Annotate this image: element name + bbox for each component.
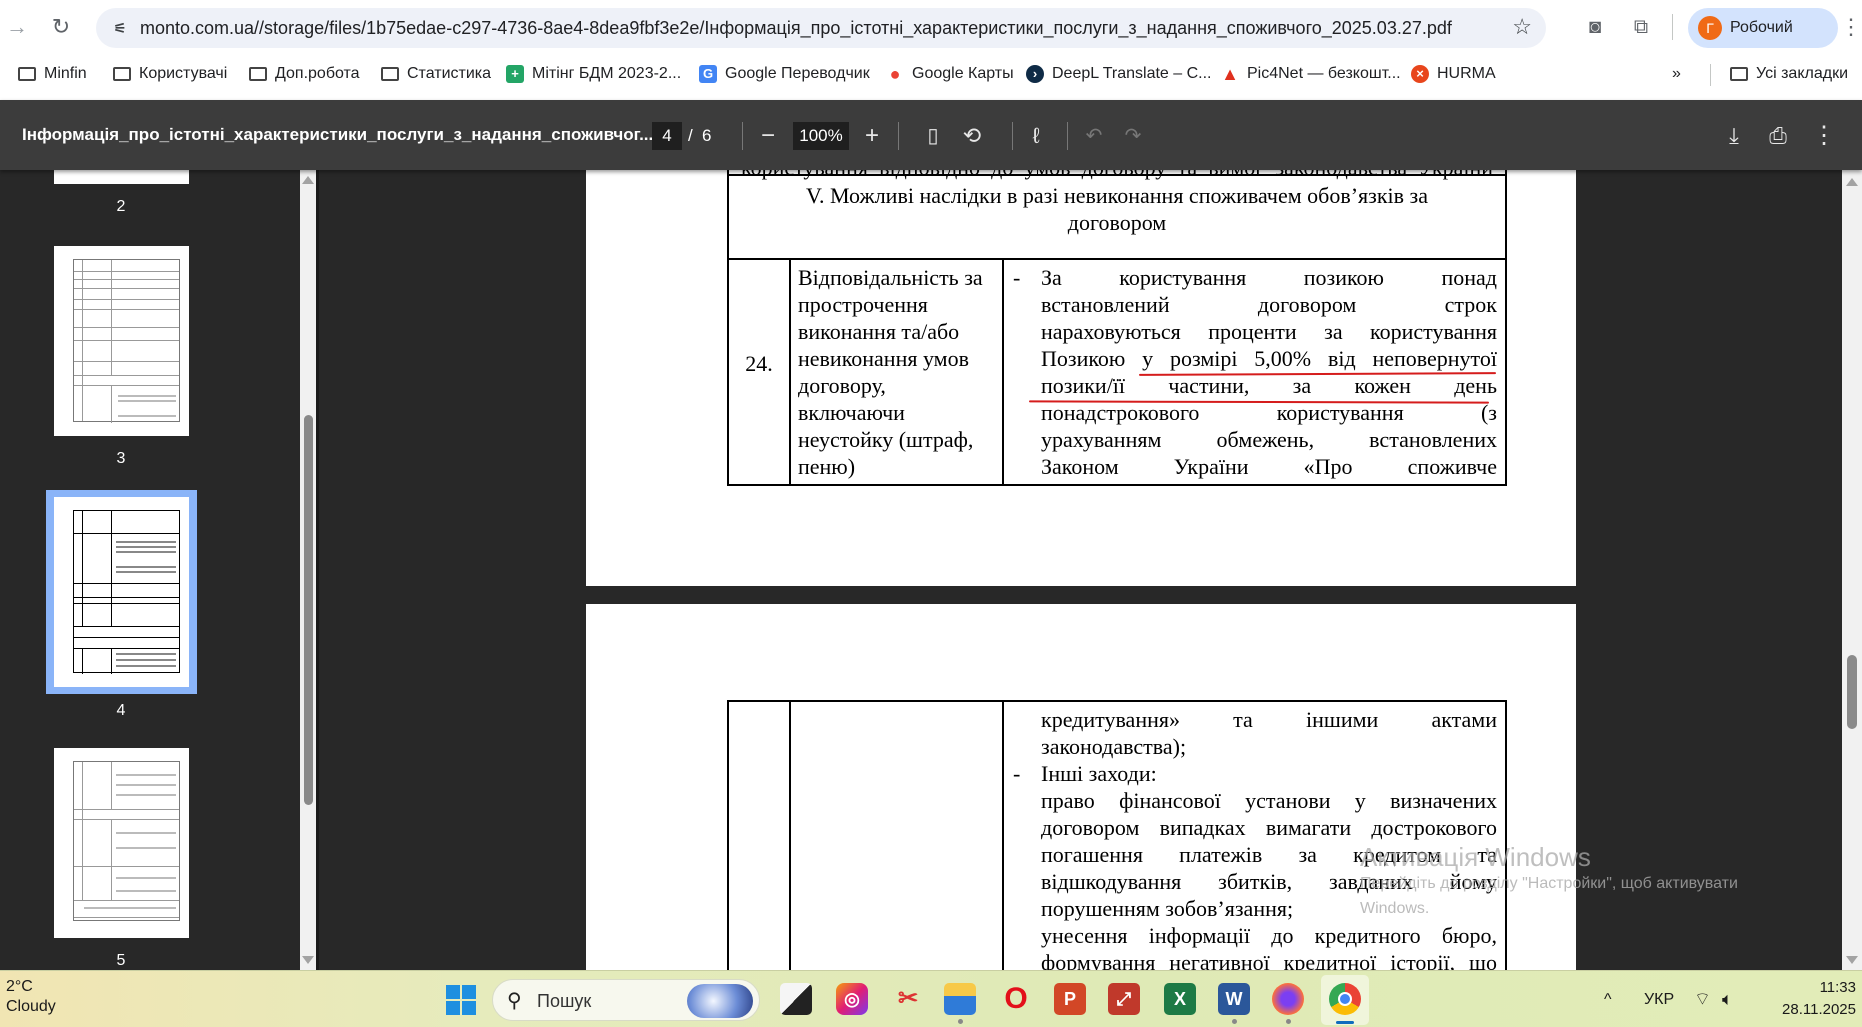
text-line: прострочення bbox=[798, 291, 998, 318]
bookmark-users[interactable]: Користувачі bbox=[113, 62, 227, 86]
tray-overflow-chevron[interactable]: ^ bbox=[1604, 971, 1612, 1027]
site-settings-icon[interactable]: ⚟ bbox=[108, 16, 132, 40]
sheets-plus-icon: + bbox=[506, 65, 524, 83]
sidebar-scrollbar[interactable] bbox=[300, 170, 316, 970]
bookmark-minfin[interactable]: Minfin bbox=[18, 62, 87, 86]
viewer-scrollbar[interactable] bbox=[1842, 170, 1862, 970]
running-indicator bbox=[1286, 1019, 1291, 1024]
scroll-down-icon[interactable] bbox=[302, 956, 314, 964]
download-icon[interactable]: ⤓ bbox=[1718, 120, 1750, 152]
powerpoint-icon[interactable]: P bbox=[1054, 983, 1086, 1015]
text-line: кредитування» та іншими актами bbox=[1041, 706, 1497, 733]
profile-name: Робочий bbox=[1730, 8, 1793, 48]
firefox-icon[interactable] bbox=[1272, 983, 1304, 1015]
running-indicator bbox=[1232, 1019, 1237, 1024]
text-line: виконання та/або bbox=[798, 318, 998, 345]
address-bar[interactable]: ⚟ monto.com.ua//storage/files/1b75edae-c… bbox=[96, 8, 1546, 48]
folder-icon bbox=[18, 67, 36, 81]
pdf-app-icon[interactable]: ⤢ bbox=[1108, 983, 1140, 1015]
toolbar-divider bbox=[1672, 14, 1673, 40]
thumbnail-page-2[interactable] bbox=[54, 170, 189, 184]
bookmark-label: Google Карты bbox=[912, 62, 1014, 86]
bookmark-google-translate[interactable]: G Google Переводчик bbox=[699, 62, 870, 86]
chrome-icon[interactable] bbox=[1329, 983, 1361, 1015]
folder-icon bbox=[1730, 67, 1748, 81]
pdf-viewer[interactable]: користування відповідно до умов договору… bbox=[319, 170, 1842, 970]
thumbnail-label: 3 bbox=[0, 450, 242, 468]
toolbar-divider bbox=[898, 122, 899, 150]
text-line: неустойку (штраф, bbox=[798, 426, 998, 453]
scroll-up-icon[interactable] bbox=[1846, 178, 1858, 186]
system-clock[interactable]: 11:33 28.11.2025 bbox=[1760, 977, 1856, 1021]
volume-icon[interactable]: 🔈︎ bbox=[1722, 971, 1733, 1027]
sidebar-scroll-thumb[interactable] bbox=[304, 415, 313, 805]
viewer-scroll-thumb[interactable] bbox=[1847, 655, 1857, 729]
file-explorer-icon[interactable] bbox=[944, 983, 976, 1015]
forward-icon[interactable]: → bbox=[2, 12, 32, 42]
text-line: урахуванням обмежень, встановлених bbox=[1041, 426, 1497, 453]
scroll-up-icon[interactable] bbox=[302, 176, 314, 184]
rotate-icon[interactable]: ⟲ bbox=[956, 120, 988, 152]
windows-taskbar: 2°C Cloudy ⚲ Пошук ◎ ✂ O P ⤢ X W ^ УКР ⌔… bbox=[0, 970, 1862, 1027]
thumbnail-content bbox=[73, 510, 180, 673]
thumbnail-page-5[interactable] bbox=[54, 748, 189, 938]
windows-activation-title: Активація Windows bbox=[1360, 842, 1591, 873]
thumbnail-content bbox=[73, 259, 180, 422]
page-number-input[interactable]: 4 bbox=[652, 122, 682, 150]
text-line: позики/її частини, за кожен день bbox=[1041, 372, 1497, 399]
word-icon[interactable]: W bbox=[1218, 983, 1250, 1015]
start-button[interactable] bbox=[446, 985, 476, 1015]
zoom-input[interactable]: 100% bbox=[793, 122, 849, 150]
text-line: За користування позикою понад bbox=[1041, 264, 1497, 291]
text-line: включаючи bbox=[798, 399, 998, 426]
weather-widget[interactable]: 2°C Cloudy bbox=[6, 977, 56, 1017]
pdf-toolbar: Інформація_про_істотні_характеристики_по… bbox=[0, 100, 1862, 170]
toolbar-divider bbox=[742, 122, 743, 150]
bookmarks-divider bbox=[1710, 64, 1711, 86]
fit-page-icon[interactable]: ▯ bbox=[917, 120, 949, 152]
page-separator: / bbox=[688, 122, 693, 150]
thumbnail-content bbox=[73, 761, 180, 921]
profile-button[interactable]: Г Робочий bbox=[1688, 8, 1838, 48]
text-line: пеню) bbox=[798, 453, 998, 480]
search-highlight-image bbox=[687, 984, 753, 1018]
text-line: договором випадках вимагати дострокового bbox=[1041, 814, 1497, 841]
google-translate-icon: G bbox=[699, 65, 717, 83]
url-text[interactable]: monto.com.ua//storage/files/1b75edae-c29… bbox=[140, 8, 1452, 48]
search-placeholder: Пошук bbox=[537, 980, 591, 1022]
bookmark-deepl[interactable]: › DeepL Translate – C... bbox=[1026, 62, 1212, 86]
bullet: - bbox=[1013, 264, 1033, 291]
zoom-out-button[interactable]: − bbox=[752, 120, 784, 152]
clock-time: 11:33 bbox=[1760, 977, 1856, 999]
draw-annotation-icon[interactable]: ℓ bbox=[1020, 120, 1052, 152]
bookmark-google-maps[interactable]: ● Google Карты bbox=[886, 62, 1014, 86]
browser-chrome: → ↻ ⚟ monto.com.ua//storage/files/1b75ed… bbox=[0, 0, 1862, 100]
extensions-icon[interactable]: ⧉ bbox=[1628, 14, 1654, 40]
opera-icon[interactable]: O bbox=[1000, 983, 1032, 1015]
google-maps-icon: ● bbox=[886, 65, 904, 83]
text-line: Позикою у розмірі 5,00% від неповернутої bbox=[1041, 345, 1497, 372]
page-total: 6 bbox=[702, 122, 711, 150]
row-title: Відповідальність запростроченнявиконання… bbox=[798, 264, 998, 480]
consequences-table: користування відповідно до умов договору… bbox=[727, 170, 1507, 486]
windows-activation-text-2: Windows. bbox=[1360, 900, 1429, 918]
running-indicator bbox=[958, 1019, 963, 1024]
pdf-page-4: користування відповідно до умов договору… bbox=[586, 170, 1576, 586]
folder-icon bbox=[249, 67, 267, 81]
toolbar-divider bbox=[1067, 122, 1068, 150]
task-view-icon[interactable] bbox=[780, 983, 812, 1015]
clock-date: 28.11.2025 bbox=[1760, 999, 1856, 1021]
excel-icon[interactable]: X bbox=[1164, 983, 1196, 1015]
zoom-in-button[interactable]: + bbox=[856, 120, 888, 152]
bookmark-label: DeepL Translate – C... bbox=[1052, 62, 1212, 86]
bookmark-statistics[interactable]: Статистика bbox=[381, 62, 491, 86]
text-line: договору, bbox=[798, 372, 998, 399]
bookmark-label: Усі закладки bbox=[1756, 62, 1848, 86]
bookmark-label: Pic4Net — безкошт... bbox=[1247, 62, 1401, 86]
text-line: Відповідальність за bbox=[798, 264, 998, 291]
hurma-icon: × bbox=[1411, 65, 1429, 83]
text-line: формування негативної кредитної історії,… bbox=[1041, 949, 1497, 970]
active-indicator bbox=[1336, 1021, 1354, 1024]
bookmark-label: Статистика bbox=[407, 62, 491, 86]
navigation-bar: → ↻ ⚟ monto.com.ua//storage/files/1b75ed… bbox=[0, 0, 1862, 54]
folder-icon bbox=[113, 67, 131, 81]
bookmark-pic4net[interactable]: ▲ Pic4Net — безкошт... bbox=[1221, 62, 1401, 86]
all-bookmarks-button[interactable]: Усі закладки bbox=[1730, 62, 1848, 86]
bookmarks-bar: Minfin Користувачі Доп.робота Статистика… bbox=[0, 54, 1862, 94]
print-icon[interactable]: ⎙ bbox=[1762, 120, 1794, 152]
more-options-icon[interactable]: ⋮ bbox=[1808, 120, 1840, 152]
text-line: право фінансової установи у визначених bbox=[1041, 787, 1497, 814]
folder-icon bbox=[381, 67, 399, 81]
wifi-icon[interactable]: ⌔ bbox=[1694, 971, 1711, 1027]
pic4net-icon: ▲ bbox=[1221, 65, 1239, 83]
bookmark-extra-work[interactable]: Доп.робота bbox=[249, 62, 360, 86]
temperature: 2°C bbox=[6, 977, 56, 997]
text-line: нараховуються проценти за користування bbox=[1041, 318, 1497, 345]
section-heading: V. Можливі наслідки в разі невиконання с… bbox=[729, 182, 1505, 236]
deepl-icon: › bbox=[1026, 65, 1044, 83]
text-line: встановлений договором строк bbox=[1041, 291, 1497, 318]
toolbar-divider bbox=[1012, 122, 1013, 150]
scroll-down-icon[interactable] bbox=[1846, 956, 1858, 964]
bookmark-label: Мітінг БДМ 2023-2... bbox=[532, 62, 681, 86]
thumbnail-page-4[interactable] bbox=[54, 497, 189, 687]
redo-icon[interactable]: ↷ bbox=[1117, 120, 1149, 152]
thumbnail-sidebar: 2 3 bbox=[0, 170, 300, 970]
weather-condition: Cloudy bbox=[6, 997, 56, 1017]
thumbnail-page-3[interactable] bbox=[54, 246, 189, 436]
avatar: Г bbox=[1698, 16, 1722, 40]
browser-menu-icon[interactable]: ⋮ bbox=[1840, 12, 1856, 42]
text-line: законодавства); bbox=[1041, 733, 1497, 760]
text-line: невиконання умов bbox=[798, 345, 998, 372]
document-title: Інформація_про_істотні_характеристики_по… bbox=[22, 100, 653, 170]
row-number: 24. bbox=[729, 350, 789, 377]
bookmark-hurma[interactable]: × HURMA bbox=[1411, 62, 1496, 86]
bookmark-star-icon[interactable]: ☆ bbox=[1512, 14, 1532, 40]
thumbnail-label: 2 bbox=[0, 198, 242, 216]
thumbnail-label: 4 bbox=[0, 702, 242, 720]
text-line: Законом України «Про споживче bbox=[1041, 453, 1497, 480]
language-indicator[interactable]: УКР bbox=[1644, 971, 1674, 1027]
undo-icon[interactable]: ↶ bbox=[1078, 120, 1110, 152]
bookmark-label: Google Переводчик bbox=[725, 62, 870, 86]
search-icon: ⚲ bbox=[507, 988, 522, 1013]
snipping-tool-icon[interactable]: ✂ bbox=[892, 983, 924, 1015]
creative-cloud-icon[interactable]: ◎ bbox=[836, 983, 868, 1015]
text-line: унесення інформації до кредитного бюро, bbox=[1041, 922, 1497, 949]
windows-activation-text: Перейдіть до розділу "Настройки", щоб ак… bbox=[1360, 875, 1738, 893]
text-line: Інші заходи: bbox=[1041, 760, 1497, 787]
reload-icon[interactable]: ↻ bbox=[46, 12, 76, 42]
bookmark-label: Доп.робота bbox=[275, 62, 360, 86]
taskbar-search[interactable]: ⚲ Пошук bbox=[492, 979, 760, 1021]
bookmark-label: Minfin bbox=[44, 62, 87, 86]
thumbnail-label: 5 bbox=[0, 952, 242, 970]
bookmark-label: HURMA bbox=[1437, 62, 1496, 86]
consequences-table-continued: - кредитування» та іншими актамизаконода… bbox=[727, 700, 1507, 970]
bullet: - bbox=[1013, 760, 1033, 787]
bookmarks-overflow-button[interactable]: » bbox=[1672, 62, 1681, 86]
screenshot-icon[interactable]: ◙ bbox=[1582, 14, 1608, 40]
continued-body: кредитування» та іншими актамизаконодавс… bbox=[1041, 706, 1497, 970]
bookmark-label: Користувачі bbox=[139, 62, 227, 86]
bookmark-meeting[interactable]: + Мітінг БДМ 2023-2... bbox=[506, 62, 681, 86]
